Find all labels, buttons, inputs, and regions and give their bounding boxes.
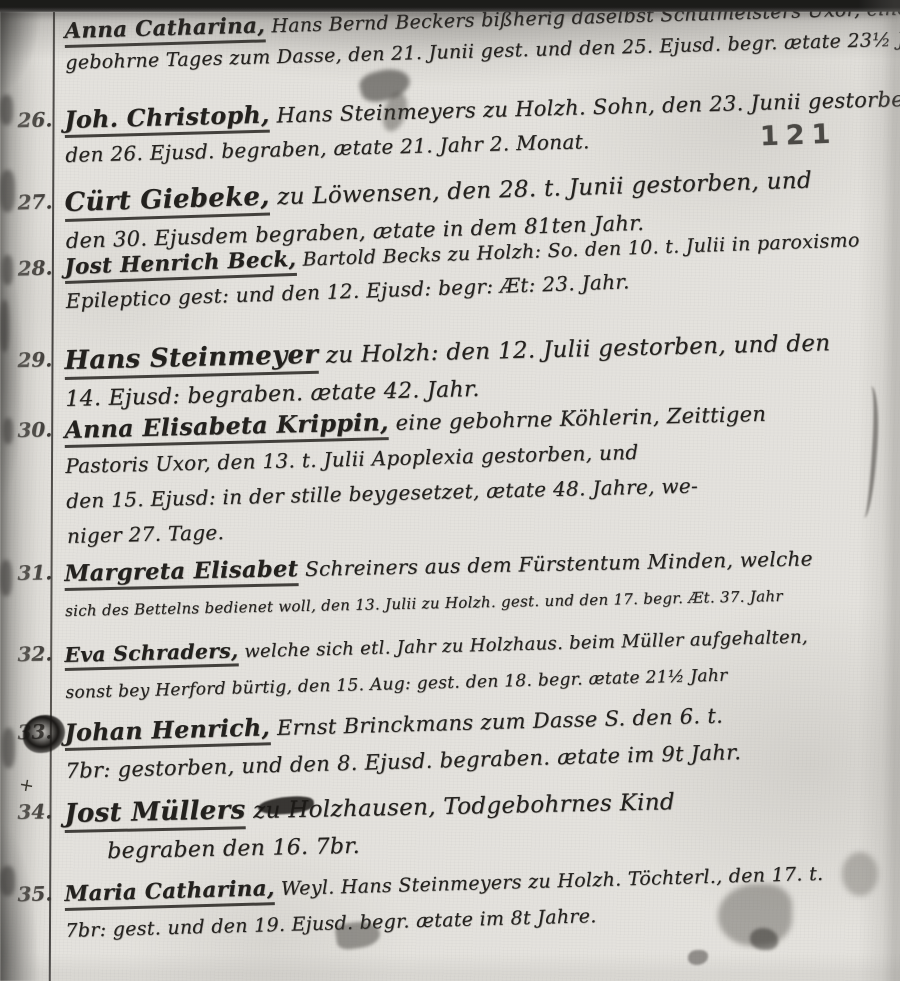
scan-top-edge [0,0,900,13]
page-edge-mark [0,300,9,352]
entry-text: zu Holzhausen, Todgebohrnes Kind [245,789,675,824]
page-number: 121 [759,119,837,153]
entry-text: Ernst Brinckmans zum Dasse S. den 6. t. [270,704,724,741]
entry-margin-number: 35. [17,881,52,906]
entry-margin-number: 34. [17,799,52,824]
entry-margin-number: 32. [17,641,52,666]
entry-margin-number: 28. [17,255,53,280]
register-entry: 30.Anna Elisabeta Krippin, eine gebohrne… [64,396,769,554]
register-entry: 31.Margreta Elisabet Schreiners aus dem … [64,540,814,630]
register-entry: 33.Johan Henrich, Ernst Brinckmans zum D… [64,696,742,790]
margin-rule-line [49,12,55,981]
entry-person-name: Joh. Christoph, [64,101,270,138]
entry-margin-number: 29. [17,347,52,372]
entry-margin-number: 31. [17,560,52,585]
entry-person-name: Hans Steinmeyer [64,340,319,380]
entry-text: zu Holzh: den 12. Julii gestorben, und d… [318,330,831,369]
entry-person-name: Johan Henrich, [64,713,270,751]
page-edge-mark [2,255,13,285]
cross-mark: + [17,774,36,797]
page-edge-mark [0,170,15,212]
entry-margin-number: 27. [17,189,53,214]
page-edge-mark [2,728,15,768]
entry-person-name: Eva Schraders, [64,638,239,671]
page-edge-mark [0,95,13,125]
page-edge-mark [0,560,12,596]
page-edge-mark [0,866,15,896]
entry-person-name: Jost Müllers [64,795,246,833]
entry-person-name: Maria Catharina, [64,876,275,911]
entry-person-name: Cürt Giebeke, [64,182,270,222]
scanned-burial-register-page: 121 Anna Catharina, Hans Bernd Beckers b… [0,0,900,981]
entry-margin-number: 26. [17,107,52,132]
entry-text: Schreiners aus dem Fürstentum Minden, we… [298,546,813,581]
entry-margin-number: 30. [17,417,52,442]
entry-person-name: Margreta Elisabet [64,556,299,591]
ink-blot [23,715,65,753]
register-entry: 34.Jost Müllers zu Holzhausen, Todgebohr… [64,782,676,872]
entry-text: eine gebohrne Köhlerin, Zeittigen [388,402,766,435]
page-edge-mark [3,418,13,444]
register-entry: 35.Maria Catharina, Weyl. Hans Steinmeye… [64,856,825,949]
